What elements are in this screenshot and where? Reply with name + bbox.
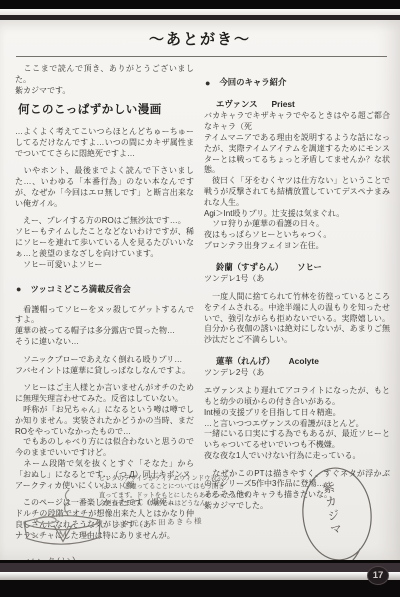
character-description: バカキャラでキザキャラでやるときはやる超ご都合なキャラ（死 テイムマニアである理… [204,111,390,251]
author-signature-sketch: 紫カジマ [298,463,380,575]
character-name: エヴァンス [216,99,258,110]
section-title: 今回のキャラ紹介 [219,77,286,88]
character-name: 鈴蘭（すずらん） [216,262,283,273]
character-subtitle: ツンデレ2号（あ [204,368,390,379]
page-number-badge: 17 [367,566,389,585]
scan-bottom-band: 17 [0,560,400,597]
paragraph: えー、プレイする方のROはご無沙汰です…。 ソヒーもテイムしたことなどないわけで… [15,216,194,270]
bottom-band-dark-strip [0,560,400,572]
scan-top-black-edge [0,0,400,9]
character-name: 蓮華（れんげ） [216,356,275,367]
bullet-icon: ● [16,283,21,295]
bottom-band-light-stripe [0,572,400,580]
biretta-design-fine-print: ピレタのデザインがアイテムウィンドウ表示の イラストと違ってることについてはもう… [99,475,305,508]
section-title: ツッコミどころ満載反省会 [30,284,130,295]
bullet-icon: ● [205,77,210,89]
paragraph: ソニックブローであえなく倒れる殴りプリ… フバセイントは蓮華に貸しっぱなしなんで… [15,355,194,377]
character-name-line: 蓮華（れんげ） Acolyte [216,356,390,367]
reflection-section-header: ● ツッコミどころ満載反省会 [16,283,194,295]
bottom-band-black-edge [0,580,400,597]
character-intro-section-header: ● 今回のキャラ紹介 [205,77,390,89]
character-class: Priest [272,99,295,110]
character-name-line: 鈴蘭（すずらん） ソヒー [216,262,390,273]
intro-paragraph: ここまで読んで頂き、ありがとうございました。 紫カジマです。 [15,64,194,96]
character-class: ソヒー [297,262,322,273]
character-block: 鈴蘭（すずらん） ソヒー ツンデレ1号（あ 一度人間に捨てられて竹林を彷徨ってい… [204,262,390,346]
character-description: 一度人間に捨てられて竹林を彷徨っているところをテイムされる。中途半端に人の温もり… [204,292,390,346]
character-name-line: エヴァンス Priest [216,99,390,110]
comic-title-heading: 何このこっぱずかしい漫画 [18,103,194,119]
character-description: エヴァンスより遅れてアコライトになったが、もともと幼少の頃からの付き合いがある。… [204,386,390,462]
paragraph: 看護帽ってソヒーをヌッ殺してゲットするんですよ。 蓮華の被ってる帽子は多分露店で… [15,305,194,348]
afterword-title: ～あとがき～ [0,20,400,49]
afterword-page: ～あとがき～ ここまで読んで頂き、ありがとうございました。 紫カジマです。 何こ… [0,20,400,560]
paragraph: …よくよく考えてこいつらほとんどちゅーちゅーしてるだけなんですよ…いつの間にカキ… [15,127,194,159]
character-class: Acolyte [289,356,319,367]
character-subtitle: ツンデレ1号（あ [204,274,390,285]
character-block: エヴァンス Priest バカキャラでキザキャラでやるときはやる超ご都合なキャラ… [204,99,390,252]
paragraph: いやホント、最後までよく読んで下さいました…、いわゆる「本番行為」のない本なんで… [15,166,194,209]
character-block: 蓮華（れんげ） Acolyte ツンデレ2号（あ エヴァンスより遅れてアコライト… [204,356,390,462]
title-divider [16,56,387,57]
biretta-hat-sketch-icon [18,488,106,563]
